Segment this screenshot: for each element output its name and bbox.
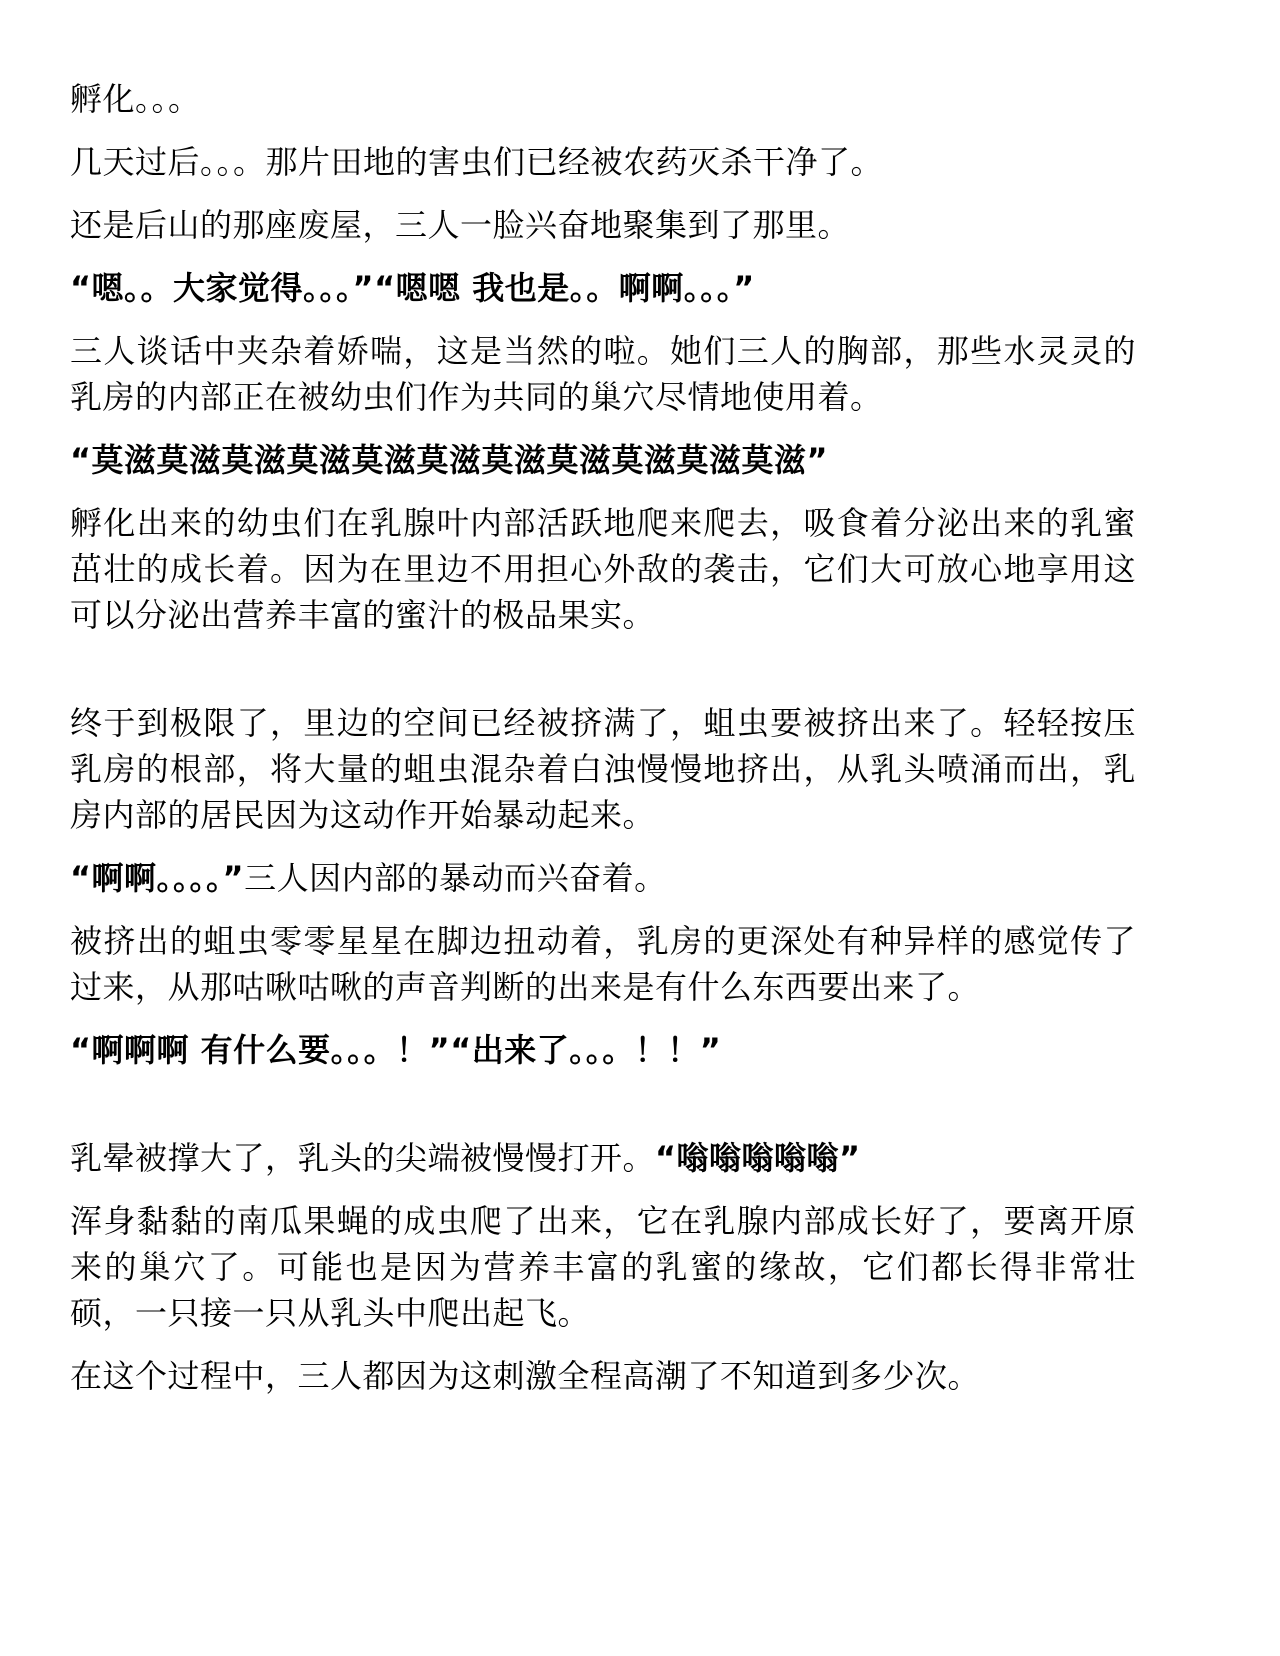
paragraph: 在这个过程中，三人都因为这刺激全程高潮了不知道到多少次。 [70, 1353, 1136, 1399]
text-segment: “啊啊。。。。” [70, 859, 244, 897]
paragraph: 被挤出的蛆虫零零星星在脚边扭动着，乳房的更深处有种异样的感觉传了过来，从那咕啾咕… [70, 918, 1136, 1010]
paragraph: 孵化。。。 [70, 76, 1136, 122]
paragraph: 浑身黏黏的南瓜果蝇的成虫爬了出来，它在乳腺内部成长好了，要离开原来的巢穴了。可能… [70, 1198, 1136, 1336]
text-segment: 终于到极限了，里边的空间已经被挤满了，蛆虫要被挤出来了。轻轻按压乳房的根部，将大… [70, 704, 1136, 834]
paragraph: “啊啊。。。。”三人因内部的暴动而兴奋着。 [70, 855, 1136, 901]
text-segment: 孵化。。。 [70, 80, 201, 118]
paragraph: 孵化出来的幼虫们在乳腺叶内部活跃地爬来爬去，吸食着分泌出来的乳蜜茁壮的成长着。因… [70, 500, 1136, 638]
text-segment: 乳晕被撑大了，乳头的尖端被慢慢打开。 [70, 1139, 655, 1177]
paragraph: 终于到极限了，里边的空间已经被挤满了，蛆虫要被挤出来了。轻轻按压乳房的根部，将大… [70, 700, 1136, 838]
paragraph: 三人谈话中夹杂着娇喘，这是当然的啦。她们三人的胸部，那些水灵灵的乳房的内部正在被… [70, 328, 1136, 420]
text-segment: 几天过后。。。那片田地的害虫们已经被农药灭杀干净了。 [70, 143, 883, 181]
paragraph: 还是后山的那座废屋，三人一脸兴奋地聚集到了那里。 [70, 202, 1136, 248]
text-segment: 三人因内部的暴动而兴奋着。 [244, 859, 667, 897]
text-segment: “啊啊啊 有什么要。。。！”“出来了。。。！！” [70, 1031, 721, 1069]
document-page: 孵化。。。几天过后。。。那片田地的害虫们已经被农药灭杀干净了。还是后山的那座废屋… [0, 0, 1280, 1656]
paragraph: “嗯。。大家觉得。。。”“嗯嗯 我也是。。啊啊。。。” [70, 265, 1136, 311]
paragraph: 乳晕被撑大了，乳头的尖端被慢慢打开。“嗡嗡嗡嗡嗡” [70, 1135, 1136, 1181]
text-segment: “嗡嗡嗡嗡嗡” [655, 1139, 861, 1177]
text-segment: 在这个过程中，三人都因为这刺激全程高潮了不知道到多少次。 [70, 1357, 980, 1395]
text-segment: “莫滋莫滋莫滋莫滋莫滋莫滋莫滋莫滋莫滋莫滋莫滋” [70, 441, 828, 479]
paragraph: 几天过后。。。那片田地的害虫们已经被农药灭杀干净了。 [70, 139, 1136, 185]
text-segment: 三人谈话中夹杂着娇喘，这是当然的啦。她们三人的胸部，那些水灵灵的乳房的内部正在被… [70, 332, 1136, 416]
text-segment: “嗯。。大家觉得。。。”“嗯嗯 我也是。。啊啊。。。” [70, 269, 755, 307]
text-segment: 孵化出来的幼虫们在乳腺叶内部活跃地爬来爬去，吸食着分泌出来的乳蜜茁壮的成长着。因… [70, 504, 1136, 634]
document-content: 孵化。。。几天过后。。。那片田地的害虫们已经被农药灭杀干净了。还是后山的那座废屋… [70, 76, 1136, 1416]
text-segment: 被挤出的蛆虫零零星星在脚边扭动着，乳房的更深处有种异样的感觉传了过来，从那咕啾咕… [70, 922, 1136, 1006]
paragraph: “莫滋莫滋莫滋莫滋莫滋莫滋莫滋莫滋莫滋莫滋莫滋” [70, 437, 1136, 483]
text-segment: 浑身黏黏的南瓜果蝇的成虫爬了出来，它在乳腺内部成长好了，要离开原来的巢穴了。可能… [70, 1202, 1136, 1332]
text-segment: 还是后山的那座废屋，三人一脸兴奋地聚集到了那里。 [70, 206, 850, 244]
paragraph: “啊啊啊 有什么要。。。！”“出来了。。。！！” [70, 1027, 1136, 1073]
